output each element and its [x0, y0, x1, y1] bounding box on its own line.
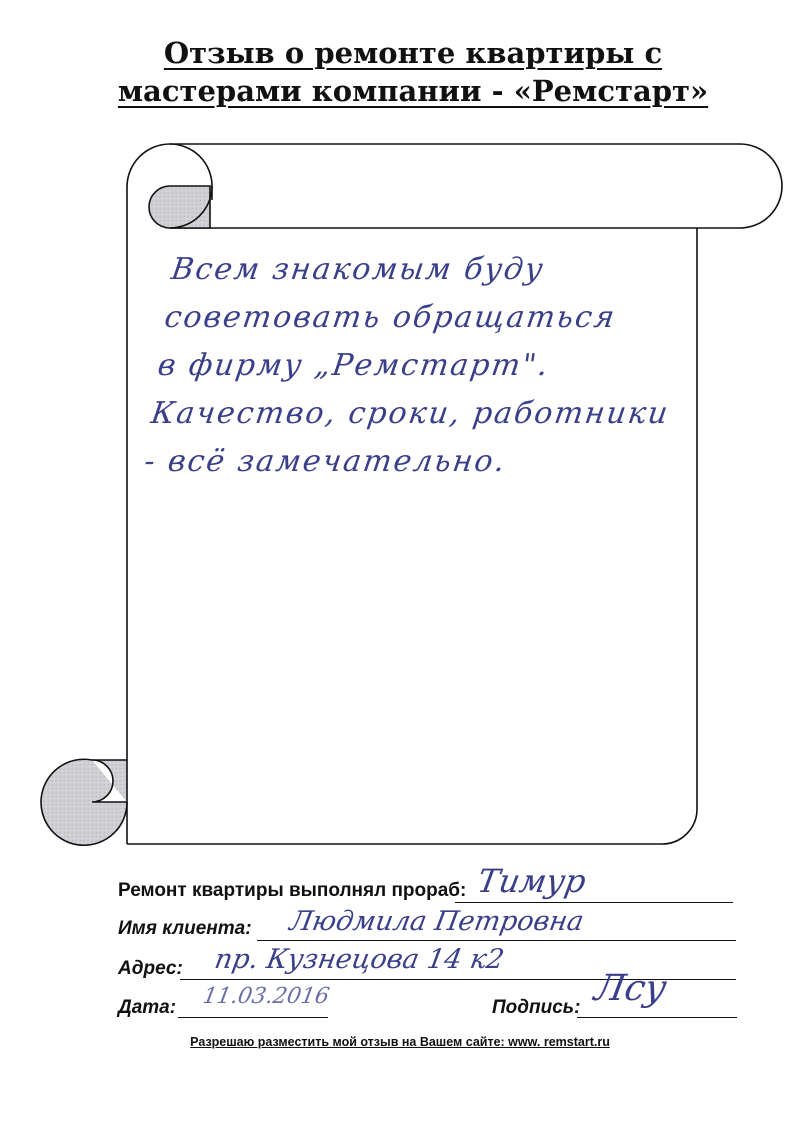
signature-field-line[interactable]	[577, 1017, 737, 1018]
date-field-line[interactable]	[178, 1017, 328, 1018]
address-value: пр. Кузнецова 14 к2	[212, 944, 506, 975]
address-label: Адрес:	[118, 958, 183, 980]
date-label: Дата:	[118, 997, 176, 1019]
foreman-label: Ремонт квартиры выполнял прораб:	[118, 880, 466, 902]
review-form: Ремонт квартиры выполнял прораб: Тимур И…	[0, 0, 800, 1131]
date-value: 11.03.2016	[201, 984, 331, 1009]
client-value: Людмила Петровна	[287, 906, 586, 937]
signature-value: Лсу	[591, 968, 669, 1009]
consent-statement: Разрешаю разместить мой отзыв на Вашем с…	[0, 1035, 800, 1049]
client-field-line[interactable]	[257, 940, 736, 941]
client-label: Имя клиента:	[118, 918, 252, 940]
signature-label: Подпись:	[492, 997, 580, 1019]
foreman-field-line[interactable]	[455, 902, 733, 903]
foreman-value: Тимур	[475, 862, 589, 900]
